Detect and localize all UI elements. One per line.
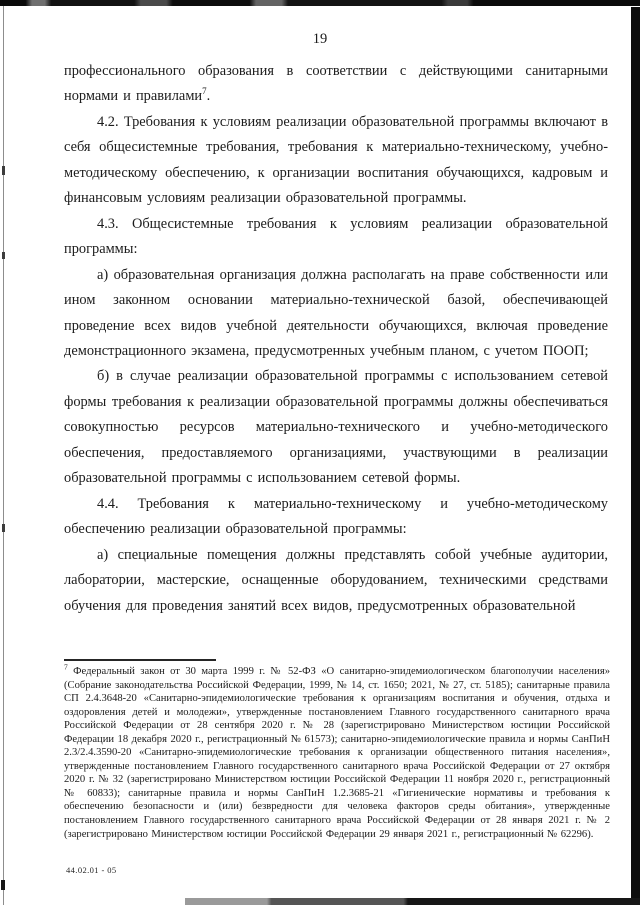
footnote-text: Федеральный закон от 30 марта 1999 г. № … bbox=[64, 666, 610, 840]
scan-edge-right bbox=[631, 7, 640, 899]
footer-document-code: 44.02.01 - 05 bbox=[66, 865, 117, 875]
scan-mark bbox=[2, 524, 5, 532]
footnote-separator bbox=[64, 659, 216, 661]
document-body: профессионального образования в соответс… bbox=[64, 59, 608, 619]
footnote-marker: 7 bbox=[64, 662, 68, 671]
paragraph-text: профессионального образования в соответс… bbox=[64, 63, 608, 104]
page-number: 19 bbox=[0, 31, 640, 48]
paragraph-text-end: . bbox=[207, 88, 211, 104]
document-page: 19 профессионального образования в соотв… bbox=[0, 0, 640, 905]
scan-edge-top bbox=[0, 0, 640, 6]
scan-mark bbox=[2, 252, 5, 259]
paragraph-4-3: 4.3. Общесистемные требования к условиям… bbox=[64, 212, 608, 263]
paragraph-4-4: 4.4. Требования к материально-техническо… bbox=[64, 492, 608, 543]
paragraph-4-3-item-a: а) образовательная организация должна ра… bbox=[64, 263, 608, 365]
footnote-7: 7 Федеральный закон от 30 марта 1999 г. … bbox=[64, 665, 610, 841]
scan-mark bbox=[1, 880, 5, 890]
scan-edge-left-line bbox=[3, 6, 4, 905]
scan-edge-bottom bbox=[185, 898, 640, 905]
paragraph-4-3-item-b: б) в случае реализации образовательной п… bbox=[64, 364, 608, 491]
paragraph-4-4-item-a: а) специальные помещения должны представ… bbox=[64, 543, 608, 619]
scan-mark bbox=[2, 166, 5, 175]
paragraph-intro-continuation: профессионального образования в соответс… bbox=[64, 59, 608, 110]
paragraph-4-2: 4.2. Требования к условиям реализации об… bbox=[64, 110, 608, 212]
